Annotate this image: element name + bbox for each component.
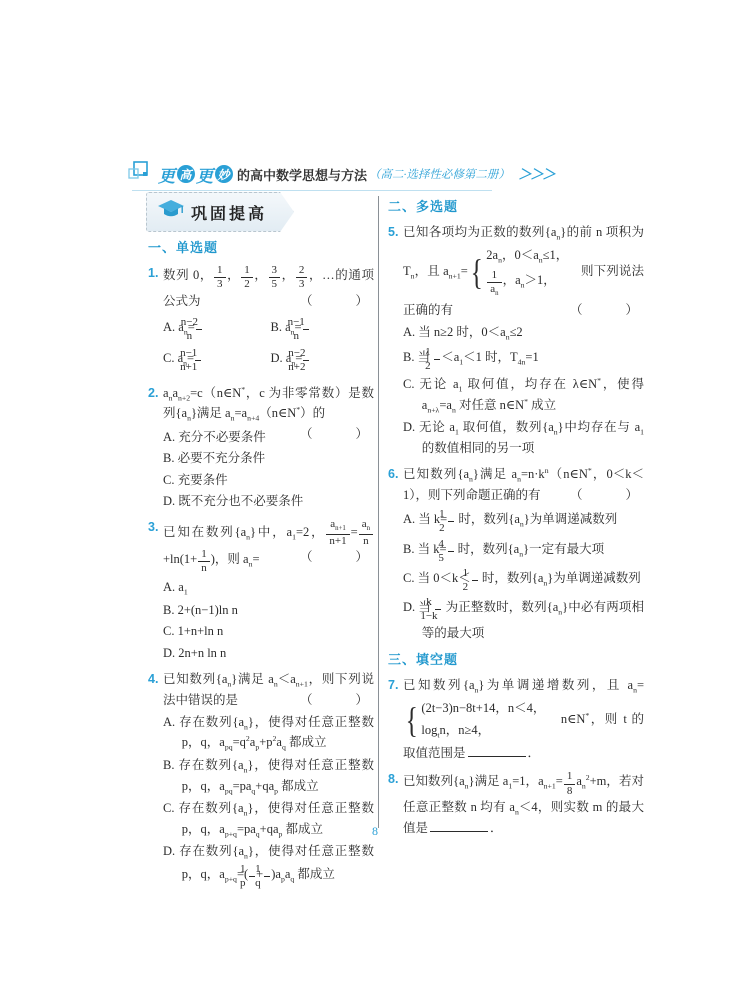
question-number: 1. — [148, 264, 158, 283]
brand-circle: 妙 — [215, 165, 233, 183]
graduation-cap-icon — [157, 199, 185, 225]
right-column: 二、多选题 5. 已知各项均为正数的数列{an}的前 n 项积为 Tn，且 an… — [388, 197, 644, 845]
answer-bracket: （ ） — [570, 301, 644, 320]
brand-char: 更 — [196, 162, 214, 187]
option-d: D. 既不充分也不必要条件 — [163, 492, 374, 511]
question-stem: 数列 0，13，12，35，23，…的通项公式为 （ ） — [163, 264, 374, 311]
question-number: 3. — [148, 518, 158, 537]
answer-bracket: （ ） — [300, 691, 374, 710]
stem-text: anan+2=c（n∈N*，c 为非零常数）是数列{an}满足 an=an+4（… — [163, 386, 374, 421]
question-7: 7. 已知数列{an}为单调递增数列，且 an={(2t−3)n−8t+14，n… — [388, 676, 644, 763]
section-badge: 巩固提高 — [146, 192, 294, 232]
book-subtitle: （高二·选择性必修第二册） — [369, 166, 510, 182]
question-2: 2. anan+2=c（n∈N*，c 为非零常数）是数列{an}满足 an=an… — [148, 384, 374, 512]
question-number: 6. — [388, 465, 398, 484]
option-d: D. an=n−2n+2 — [271, 347, 375, 374]
question-number: 8. — [388, 770, 398, 789]
option-a: A. an=n−2n — [163, 316, 267, 343]
option-a: A. 当 n≥2 时，0＜an≤2 — [403, 323, 644, 344]
option-d: D. 无论 a1 取何值，数列{an}中均存在与 a1 的数值相同的另一项 — [403, 418, 644, 458]
option-c: C. 当 0＜k＜12 时，数列{an}为单调递减数列 — [403, 567, 644, 594]
workbook-page: 更 高 更 妙 的高中数学思想与方法 （高二·选择性必修第二册） ＞＞＞ 巩固提… — [0, 0, 750, 1000]
option-c: C. 1+n+ln n — [163, 622, 374, 641]
book-title: 的高中数学思想与方法 — [237, 165, 367, 184]
option-d: D. 2n+n ln n — [163, 644, 374, 663]
question-number: 4. — [148, 670, 158, 689]
answer-bracket: （ ） — [300, 548, 374, 567]
question-5: 5. 已知各项均为正数的数列{an}的前 n 项积为 Tn，且 an+1={2a… — [388, 223, 644, 458]
answer-bracket: （ ） — [300, 292, 374, 311]
left-column: 一、单选题 1. 数列 0，13，12，35，23，…的通项公式为 （ ） A.… — [148, 238, 374, 897]
overlapping-squares-icon — [128, 160, 154, 188]
question-3: 3. 已知在数列{an}中，a1=2，an+1n+1=ann+ln(1+1n)，… — [148, 518, 374, 663]
question-stem: 已知数列{an}为单调递增数列，且 an={(2t−3)n−8t+14，n＜4，… — [403, 676, 644, 763]
option-b: B. 当 k=45 时，数列{an}一定有最大项 — [403, 538, 644, 565]
question-6: 6. 已知数列{an}满足 an=n·kn（n∈N*，0＜k＜1），则下列命题正… — [388, 465, 644, 643]
question-stem: 已知数列{an}满足 an=n·kn（n∈N*，0＜k＜1），则下列命题正确的有… — [403, 465, 644, 505]
options: A. a1 B. 2+(n−1)ln n C. 1+n+ln n D. 2n+n… — [163, 578, 374, 663]
question-number: 7. — [388, 676, 398, 695]
option-b: B. an=n−1n — [271, 316, 375, 343]
option-d: D. 当 k1−k 为正整数时，数列{an}中必有两项相等的最大项 — [403, 596, 644, 643]
question-number: 2. — [148, 384, 158, 403]
option-c: C. 充要条件 — [163, 471, 374, 490]
option-a: A. a1 — [163, 578, 374, 599]
option-b: B. 当 12＜a1＜1 时，T4n=1 — [403, 346, 644, 373]
options: A. 存在数列{an}，使得对任意正整数 p，q，apq=q2ap+p2aq 都… — [163, 713, 374, 890]
question-stem: anan+2=c（n∈N*，c 为非零常数）是数列{an}满足 an=an+4（… — [163, 384, 374, 425]
column-divider — [378, 196, 379, 828]
option-b: B. 存在数列{an}，使得对任意正整数 p，q，apq=paq+qap 都成立 — [163, 756, 374, 797]
question-stem: 已知在数列{an}中，a1=2，an+1n+1=ann+ln(1+1n)，则 a… — [163, 518, 374, 575]
section-heading-multi-choice: 二、多选题 — [388, 197, 644, 217]
chevron-arrows-icon: ＞＞＞ — [518, 164, 554, 184]
options: A. 当 n≥2 时，0＜an≤2 B. 当 12＜a1＜1 时，T4n=1 C… — [403, 323, 644, 458]
options: A. an=n−2n B. an=n−1n C. an=n−1n+1 D. an… — [163, 314, 374, 377]
options: A. 当 k=12 时，数列{an}为单调递减数列 B. 当 k=45 时，数列… — [403, 508, 644, 643]
brand-logo: 更 高 更 妙 — [158, 162, 234, 187]
section-heading-single-choice: 一、单选题 — [148, 238, 374, 258]
option-b: B. 2+(n−1)ln n — [163, 601, 374, 620]
option-a: A. 存在数列{an}，使得对任意正整数 p，q，apq=q2ap+p2aq 都… — [163, 713, 374, 754]
answer-bracket: （ ） — [570, 486, 644, 505]
question-stem: 已知数列{an}满足 an＜an+1，则下列说法中错误的是 （ ） — [163, 670, 374, 710]
brand-circle: 高 — [177, 165, 195, 183]
section-heading-fill-blank: 三、填空题 — [388, 650, 644, 670]
option-b: B. 必要不充分条件 — [163, 449, 374, 468]
answer-bracket: （ ） — [300, 425, 374, 444]
page-number: 8 — [0, 824, 750, 839]
question-stem: 已知各项均为正数的数列{an}的前 n 项积为 Tn，且 an+1={2an，0… — [403, 223, 644, 320]
option-c: C. an=n−1n+1 — [163, 347, 267, 374]
badge-label: 巩固提高 — [191, 201, 267, 224]
stem-text: 已知数列{an}为单调递增数列，且 an={(2t−3)n−8t+14，n＜4，… — [403, 678, 644, 760]
question-1: 1. 数列 0，13，12，35，23，…的通项公式为 （ ） A. an=n−… — [148, 264, 374, 377]
option-c: C. 无论 a1 取何值，均存在 λ∈N*，使得 an+λ=an 对任意 n∈N… — [403, 375, 644, 416]
question-number: 5. — [388, 223, 398, 242]
page-header: 更 高 更 妙 的高中数学思想与方法 （高二·选择性必修第二册） ＞＞＞ — [128, 160, 554, 188]
option-d: D. 存在数列{an}，使得对任意正整数 p，q，ap+q=(1p+1q)apa… — [163, 842, 374, 890]
question-4: 4. 已知数列{an}满足 an＜an+1，则下列说法中错误的是 （ ） A. … — [148, 670, 374, 890]
brand-char: 更 — [158, 162, 176, 187]
option-a: A. 当 k=12 时，数列{an}为单调递减数列 — [403, 508, 644, 535]
